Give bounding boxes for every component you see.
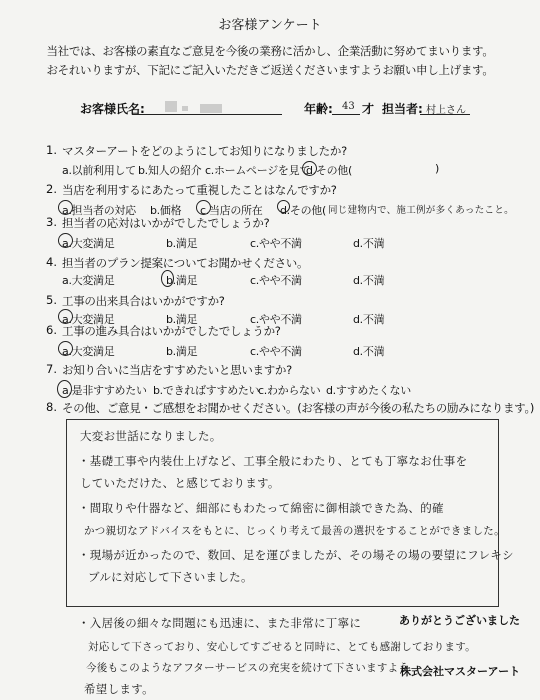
q4-option-c[interactable]: c.やや不満 (250, 272, 302, 288)
q5-text: 工事の出来具合はいかがですか? (62, 293, 225, 309)
comment-line-7: ブルに対応して下さいました。 (88, 569, 253, 585)
comment-line-5: かつ親切なアドバイスをもとに、じっくり考えて最善の選択をすることができました。 (84, 523, 505, 538)
customer-name-field[interactable] (132, 101, 282, 115)
q1-option-b[interactable]: b.知人の紹介 (138, 162, 201, 178)
q2-selected-circle-d (277, 200, 290, 213)
q2-selected-circle-c (196, 200, 211, 215)
q7-option-d[interactable]: d.すすめたくない (326, 382, 411, 398)
q3-text: 担当者の応対はいかがでしたでしょうか? (62, 215, 269, 231)
q4-number: 4. (46, 255, 57, 269)
company-name: 株式会社マスターアート (400, 663, 520, 679)
q1-option-d-close: ) (435, 162, 439, 175)
q3-option-d[interactable]: d.不満 (353, 235, 384, 251)
q6-number: 6. (46, 323, 57, 337)
q4-text: 担当者のプラン提案についてお聞かせください。 (62, 255, 308, 271)
staff-field[interactable]: 村上さん (420, 101, 470, 115)
q7-option-c[interactable]: c.わからない (258, 382, 320, 398)
q7-option-a[interactable]: a.是非すすめたい (62, 382, 147, 398)
q2-selected-circle-a (58, 200, 73, 215)
q7-text: お知り合いに当店をすすめたいと思いますか? (62, 362, 292, 378)
q3-option-b[interactable]: b.満足 (166, 235, 197, 251)
q5-selected-circle (58, 309, 73, 324)
survey-title: お客様アンケート (0, 14, 540, 33)
q5-option-d[interactable]: d.不満 (353, 311, 384, 327)
q6-selected-circle (58, 341, 73, 356)
comment-line-1: 大変お世話になりました。 (80, 428, 222, 444)
q3-selected-circle (58, 233, 73, 248)
q2-text: 当店を利用するにあたって重視したことはなんですか? (62, 182, 337, 198)
q2-other-text: 同じ建物内で、施工例が多くあったこと。 (328, 202, 514, 216)
q3-option-c[interactable]: c.やや不満 (250, 235, 302, 251)
q6-option-b[interactable]: b.満足 (166, 343, 197, 359)
redacted-name-block (200, 104, 222, 113)
age-field[interactable]: 43 (332, 101, 360, 115)
q7-selected-circle (57, 380, 72, 398)
q4-option-d[interactable]: d.不満 (353, 272, 384, 288)
q7-option-b[interactable]: b.できればすすめたい (153, 382, 259, 398)
q6-text: 工事の進み具合はいかがでしたでしょうか? (62, 323, 281, 339)
q6-option-c[interactable]: c.やや不満 (250, 343, 302, 359)
q4-option-a[interactable]: a.大変満足 (62, 272, 114, 288)
comment-line-11: 希望します。 (84, 681, 154, 697)
q2-number: 2. (46, 182, 57, 196)
q1-selected-circle (302, 161, 317, 176)
q4-selected-circle (161, 270, 174, 287)
age-suffix: 才 (362, 100, 374, 117)
intro-line-1: 当社では、お客様の素直なご意見を今後の業務に活かし、企業活動に努めてまいります。 (0, 43, 540, 59)
q8-text: その他、ご意見・ご感想をお聞かせください。(お客様の声が今後の私たちの励みになり… (62, 400, 534, 416)
q6-option-d[interactable]: d.不満 (353, 343, 384, 359)
q5-number: 5. (46, 293, 57, 307)
comment-line-10: 今後もこのようなアフターサービスの充実を続けて下さいますよう (86, 660, 409, 675)
q1-option-c[interactable]: c.ホームページを見て (205, 162, 310, 178)
comment-line-9: 対応して下さっており、安心してすごせると同時に、とても感謝しております。 (88, 639, 476, 654)
q1-option-a[interactable]: a.以前利用して (62, 162, 136, 178)
comment-line-8: ・入居後の細々な問題にも迅速に、また非常に丁寧に (78, 615, 361, 631)
comment-line-4: ・間取りや什器など、細部にもわたって綿密に御相談できた為、的確 (78, 500, 444, 516)
q8-number: 8. (46, 400, 57, 414)
q1-number: 1. (46, 143, 57, 157)
staff-label: 担当者: (382, 100, 423, 117)
age-label: 年齢: (304, 100, 333, 117)
q1-text: マスターアートをどのようにしてお知りになりましたか? (62, 143, 347, 159)
age-value: 43 (342, 101, 355, 112)
redacted-name-block (182, 106, 188, 111)
intro-line-2: おそれいりますが、下記にご記入いただきご返送くださいますようお願い申し上げます。 (0, 62, 540, 78)
comment-line-3: していただけた、と感じております。 (80, 475, 280, 491)
q3-number: 3. (46, 215, 57, 229)
q7-number: 7. (46, 362, 57, 376)
comment-line-2: ・基礎工事や内装仕上げなど、工事全般にわたり、とても丁寧なお仕事を (78, 453, 467, 469)
staff-value: 村上さん (426, 101, 466, 116)
thanks-text: ありがとうございました (399, 612, 520, 628)
comment-line-6: ・現場が近かったので、数回、足を運びましたが、その場その場の要望にフレキシ (78, 547, 514, 563)
redacted-name-block (165, 101, 177, 112)
